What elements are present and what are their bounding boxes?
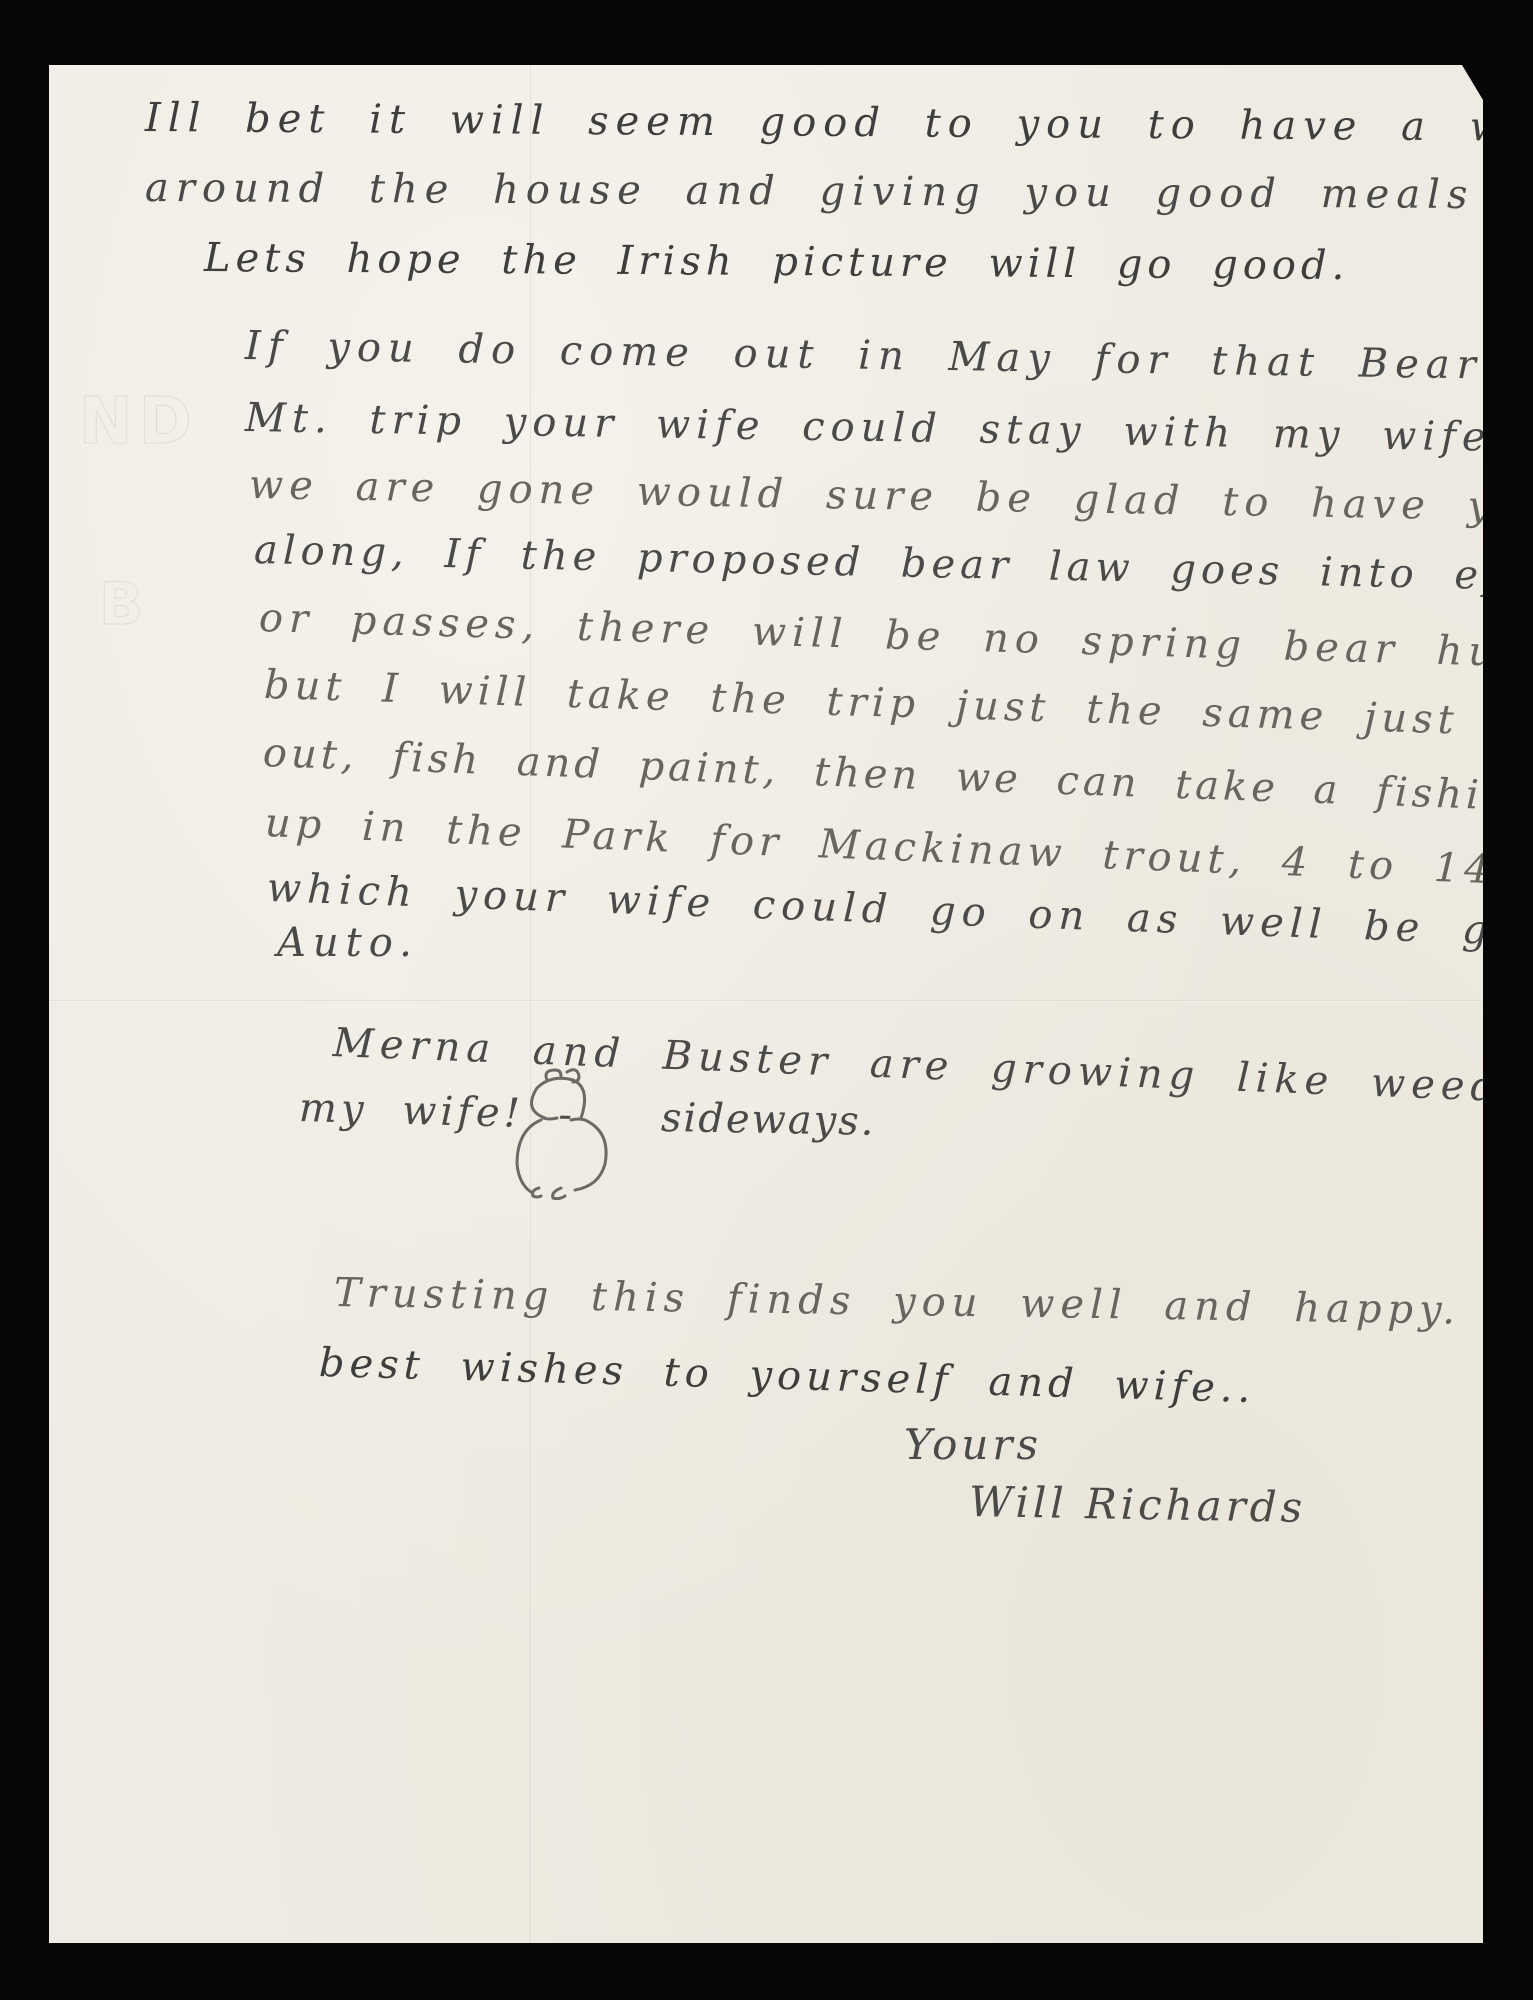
closing: Yours — [904, 1420, 1042, 1469]
letter-line: Lets hope the Irish picture will go good… — [204, 235, 1350, 289]
figure-sketch-icon — [505, 1060, 635, 1200]
letter-line: Mt. trip your wife could stay with my wi… — [245, 395, 1533, 463]
show-through-mark: ND — [79, 385, 198, 459]
letter-line: If you do come out in May for that Bear … — [245, 323, 1533, 391]
letter-page: ND B Ill bet it will seem good to you to… — [49, 65, 1483, 1943]
horizontal-fold-line — [49, 1000, 1483, 1002]
letter-line: around the house and giving you good mea… — [145, 165, 1533, 219]
letter-line: best wishes to yourself and wife.. — [318, 1340, 1256, 1412]
letter-line: Trusting this finds you well and happy. … — [334, 1270, 1533, 1336]
letter-line: sideways. — [661, 1095, 876, 1145]
show-through-mark: B — [99, 570, 149, 638]
letter-line: along, If the proposed bear law goes int… — [254, 527, 1533, 601]
letter-line: Ill bet it will seem good to you to have… — [145, 95, 1533, 152]
signature: Will Richards — [969, 1477, 1307, 1532]
letter-line: Auto. — [277, 920, 419, 966]
letter-line: we are gone would sure be glad to have y… — [249, 462, 1533, 531]
